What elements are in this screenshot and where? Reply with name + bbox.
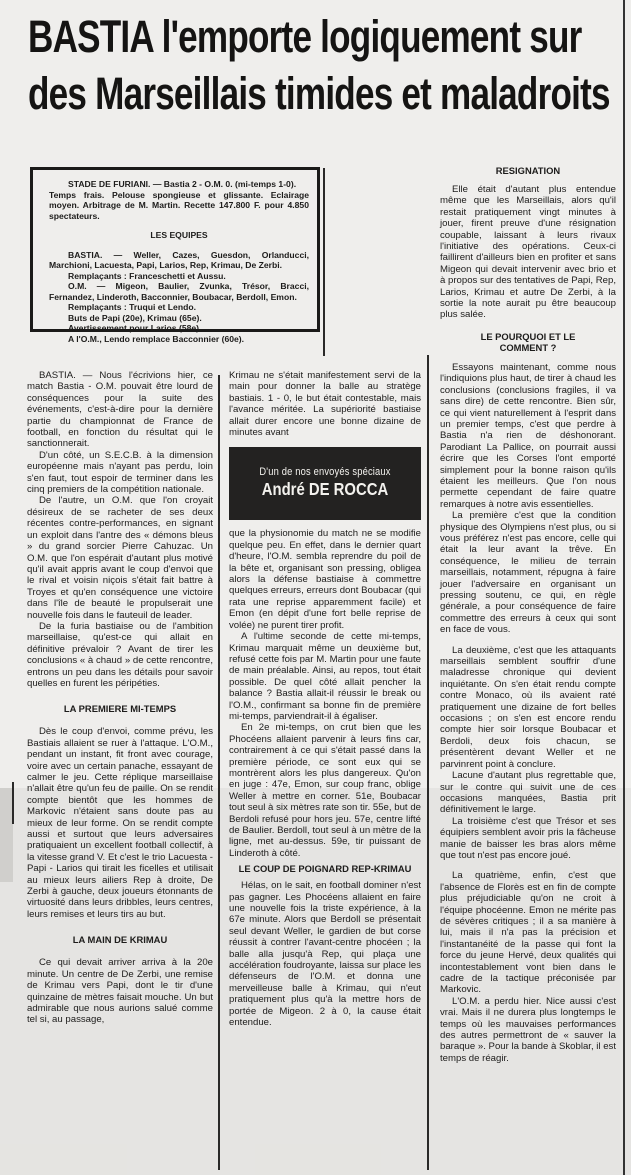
substitution: A l'O.M., Lendo remplace Bacconnier (60e… <box>49 334 309 345</box>
paragraph: Dès le coup d'envoi, comme prévu, les Ba… <box>27 726 213 920</box>
paragraph: La troisième c'est que Trésor et ses équ… <box>440 816 616 862</box>
om-substitutes: Remplaçants : Truqui et Lendo. <box>49 302 309 313</box>
article-headline: BASTIA l'emporte logiquement sur des Mar… <box>28 8 488 122</box>
article-column-3: RESIGNATION Elle était d'autant plus ent… <box>440 165 616 1064</box>
teams-heading: LES EQUIPES <box>49 230 309 241</box>
article-column-1: BASTIA. — Nous l'écrivions hier, ce matc… <box>27 370 213 1026</box>
om-lineup: O.M. — Migeon, Baulier, Zvunka, Trésor, … <box>49 281 309 302</box>
yellow-card: Avertissement pour Larios (58e). <box>49 323 309 334</box>
paragraph: Essayons maintenant, comme nous l'indiqu… <box>440 362 616 510</box>
article-column-2: Krimau ne s'était manifestement servi de… <box>229 370 421 1029</box>
match-conditions: Temps frais. Pelouse spongieuse et gliss… <box>49 190 309 222</box>
column-rule <box>323 168 325 356</box>
headline-line-2: des Marseillais timides et maladroits <box>28 65 488 122</box>
paragraph: La deuxième, c'est que les attaquants ma… <box>440 645 616 770</box>
section-heading: LE POURQUOI ET LE COMMENT ? <box>440 331 616 353</box>
byline-box: D'un de nos envoyés spéciaux André DE RO… <box>229 447 421 520</box>
column-rule <box>12 782 14 824</box>
column-rule <box>427 355 429 1170</box>
column-rule <box>218 375 220 1170</box>
paragraph: que la physionomie du match ne se modifi… <box>229 528 421 631</box>
section-heading: LA PREMIERE MI-TEMPS <box>27 703 213 714</box>
headline-line-1: BASTIA l'emporte logiquement sur <box>28 8 488 65</box>
byline-label: D'un de nos envoyés spéciaux <box>243 467 406 478</box>
paragraph: BASTIA. — Nous l'écrivions hier, ce matc… <box>27 370 213 450</box>
paragraph: Krimau ne s'était manifestement servi de… <box>229 370 421 438</box>
match-stadium-score: STADE DE FURIANI. — Bastia 2 - O.M. 0. (… <box>49 179 309 190</box>
paragraph: Elle était d'autant plus entendue même q… <box>440 184 616 321</box>
paragraph: Lacune d'autant plus regrettable que, su… <box>440 770 616 816</box>
paragraph: De la furia bastiaise ou de l'ambition m… <box>27 621 213 689</box>
match-summary-box: STADE DE FURIANI. — Bastia 2 - O.M. 0. (… <box>30 167 320 332</box>
paragraph: A l'ultime seconde de cette mi-temps, Kr… <box>229 631 421 722</box>
paragraph: Ce qui devait arriver arriva à la 20e mi… <box>27 957 213 1025</box>
newspaper-page: BASTIA l'emporte logiquement sur des Mar… <box>0 0 631 1175</box>
bastia-lineup: BASTIA. — Weller, Cazes, Guesdon, Orland… <box>49 250 309 271</box>
paragraph: De l'autre, un O.M. que l'on croyait dés… <box>27 495 213 620</box>
paragraph: La première c'est que la condition physi… <box>440 510 616 635</box>
goals-scored: Buts de Papi (20e), Krimau (65e). <box>49 313 309 324</box>
paragraph: La quatrième, enfin, c'est que l'absence… <box>440 870 616 995</box>
section-heading: LA MAIN DE KRIMAU <box>27 934 213 945</box>
page-edge-rule <box>623 0 625 1175</box>
paragraph: L'O.M. a perdu hier. Nice aussi c'est vr… <box>440 996 616 1064</box>
paragraph: Hélas, on le sait, en football dominer n… <box>229 880 421 1028</box>
paragraph: En 2e mi-temps, on crut bien que les Pho… <box>229 722 421 859</box>
paragraph: D'un côté, un S.E.C.B. à la dimension eu… <box>27 450 213 496</box>
section-heading: RESIGNATION <box>440 165 616 176</box>
byline-author: André DE ROCCA <box>243 484 406 495</box>
section-heading: LE COUP DE POIGNARD REP-KRIMAU <box>229 863 421 874</box>
bastia-substitutes: Remplaçants : Franceschetti et Aussu. <box>49 271 309 282</box>
